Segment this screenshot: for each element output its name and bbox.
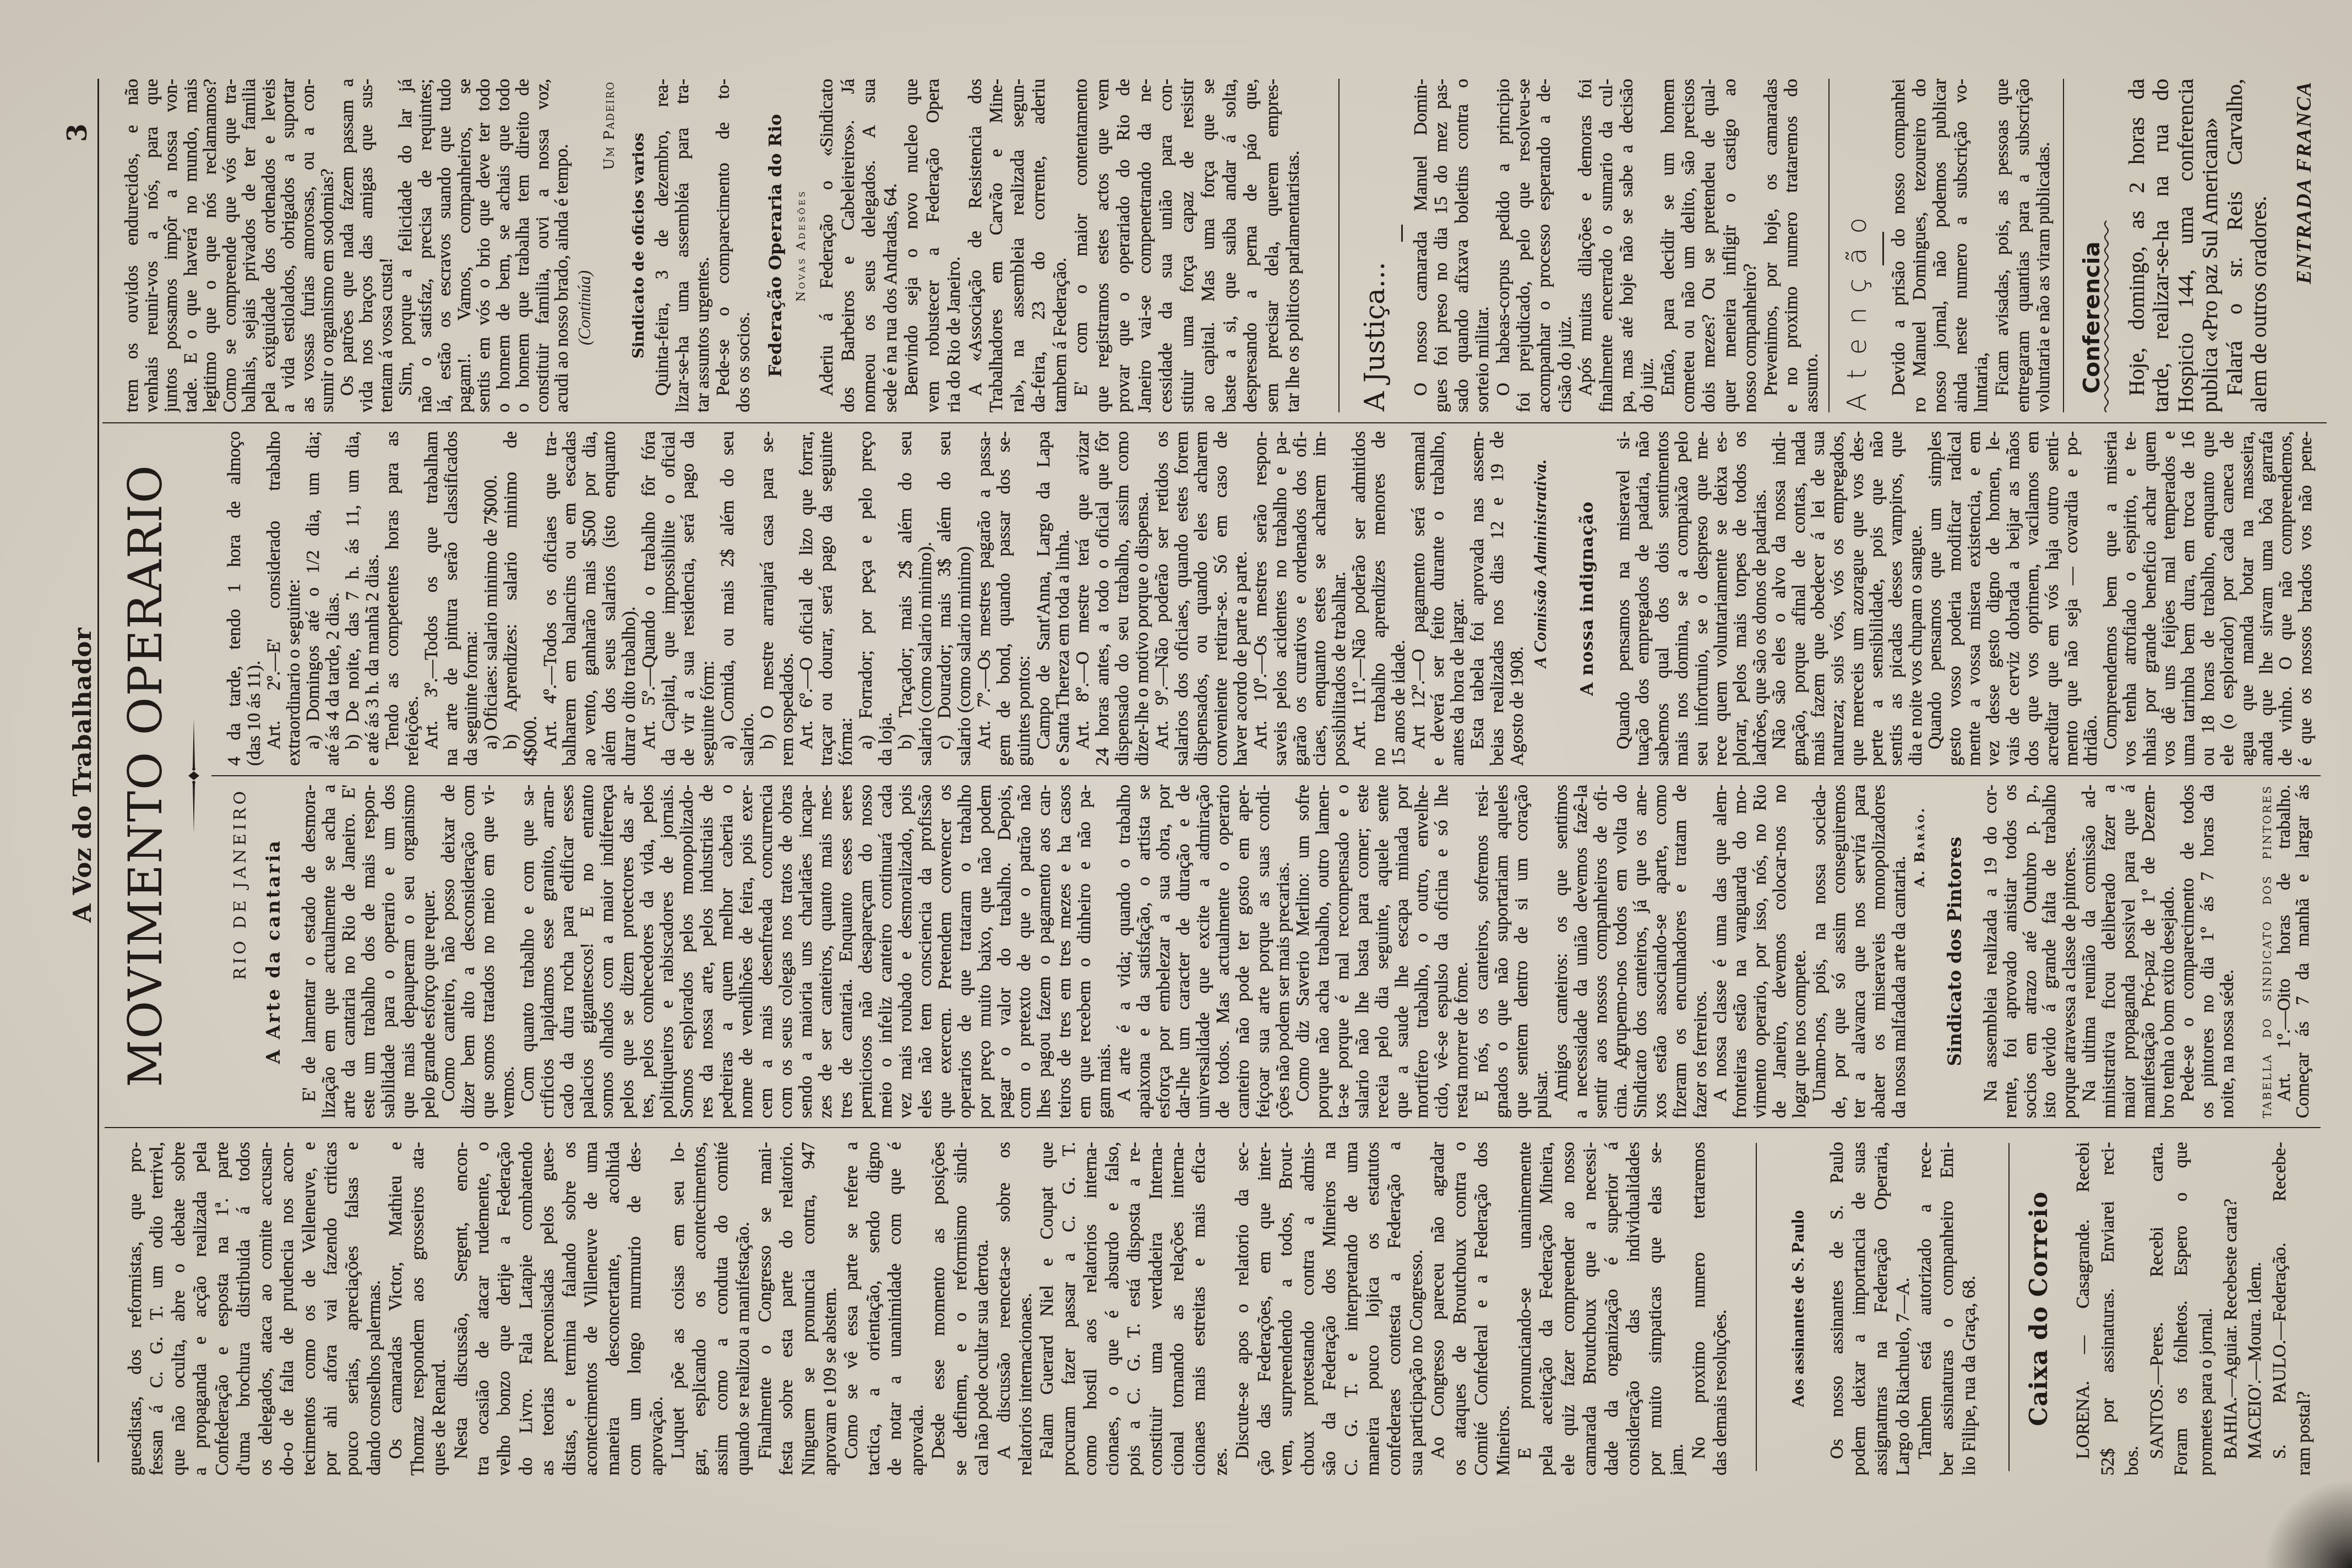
text-line: cessidade da sua união para con- <box>1156 79 1177 412</box>
header-rule <box>97 79 99 1462</box>
text-line: nosso jornal, não podemos publicar <box>1930 79 1951 412</box>
paragraph: Falam Guerard Niel e Coupat queprocuram … <box>1037 1142 1232 1476</box>
text-line: a) Comida, ou mais 2$ além do seu <box>718 431 738 766</box>
text-line: meio o infeliz canteiro continuará cada <box>876 785 896 1118</box>
text-line: cisão do juiz. <box>1555 79 1576 412</box>
text-line: A arte é a vida; quando o trabalho <box>1114 785 1134 1118</box>
paragraph: A «Associação de Resistencia dosTrabalha… <box>965 79 1071 412</box>
text-line: juntos possamos impôr a nossa von- <box>162 79 182 412</box>
paragraph: Na ultima reunião da comissão ad-ministr… <box>2080 785 2179 1118</box>
text-line: ciaes, enquanto estes se acharem im- <box>1310 431 1330 766</box>
text-line: trem os ouvidos endurecidos, e não <box>123 79 143 412</box>
text-line: pouco serias, apreciações falsas e <box>342 1142 363 1476</box>
paragraph: c) Dourador; mais 3$ além do seusalario … <box>935 431 975 766</box>
text-line: vez mais roubado e desmoralizado, pois <box>896 785 916 1118</box>
text-line: Os camaradas Victor, Mathieu e <box>385 1142 407 1476</box>
text-line: os pintores no dia 1º ás 7 horas da <box>2198 785 2218 1118</box>
text-line: consideração das individualidades <box>1623 1142 1645 1476</box>
text-line: com o pretexto de que o patrão não <box>1015 785 1035 1118</box>
federacao-heading: Federação Operaria do Rio <box>764 79 787 412</box>
paragraph: Benvindo seja o novo nucleo quevem robus… <box>901 79 965 412</box>
text-line: como hostil aos relatorios interna- <box>1080 1142 1102 1476</box>
text-line: baste a si, que saiba andar á solta, <box>1219 79 1241 412</box>
text-line: traçar ou dourar, será pago da seguinte <box>817 431 837 766</box>
text-line: 15 anos de idade. <box>1390 431 1409 766</box>
text-line: tuação dos empregados de padaria, não <box>1634 431 1653 766</box>
text-line: Art. 10º.—Os mestres serão respon- <box>1251 431 1271 766</box>
text-line: cado da dura rocha para edificar esses <box>558 785 578 1118</box>
text-line: a) Oficiaes: salario minimo de 7$000. <box>482 431 502 766</box>
text-line: e deverá ser feito durante o trabalho, <box>1429 431 1449 766</box>
text-line: na arte de pintura serão classificados <box>442 431 462 766</box>
paragraph: Ao Congresso pareceu não agradaros ataqu… <box>1428 1142 1515 1476</box>
text-line: fazer os ferreiros. <box>1691 785 1711 1118</box>
text-line: zes de ser canteiros, quanto mais mes- <box>816 785 836 1118</box>
text-line: de Janeiro, devemos colocar-nos no <box>1770 785 1790 1118</box>
paragraph: Amigos canteiros: os que sentimosa neces… <box>1551 785 1711 1118</box>
commission-signature: A Comissão Administrativa. <box>1531 431 1550 766</box>
paragraph: Como se vê essa parte se refere atactica… <box>841 1142 928 1476</box>
paragraph: S. PAULO.—Federação. Recebe-ram postal? <box>2268 1142 2317 1476</box>
text-line: Art. 1º.—Oito horas de trabalho. <box>2275 785 2294 1118</box>
text-line: rece quem voluntariamente se deixa es- <box>1712 431 1731 766</box>
text-line: cem a mais desenfreada concurrencia <box>756 785 776 1118</box>
paragraph: Art. 10º.—Os mestres serão respon-saveis… <box>1251 431 1350 766</box>
text-line: esforça por embelezar a sua obra, por <box>1154 785 1174 1118</box>
text-line: com os seus colegas nos tratos de obras <box>776 785 796 1118</box>
text-line: Prevenimos, por hoje, os camaradas <box>1761 79 1782 412</box>
text-line: somos olhados com a maior indiferença <box>597 785 617 1118</box>
text-line: finalmente encerrado o sumario da cul- <box>1597 79 1617 412</box>
paragraph: Desde esse momento as posiçõesse definem… <box>928 1142 993 1476</box>
text-line: Os nosso assinantes de S. Paulo <box>1826 1142 1848 1476</box>
text-line: agua que manda botar na masseira, <box>2238 431 2257 766</box>
text-line: abater os miseraveis monopolizadores <box>1869 785 1889 1118</box>
text-line: pela exiguidade dos ordenados e leveis <box>260 79 280 412</box>
text-line: ainda neste numero a subscrição vo- <box>1951 79 1972 412</box>
text-line: Discute-se apos o relatorio da sec- <box>1232 1142 1254 1476</box>
text-line: Como diz Saverio Merlino: um sofre <box>1293 785 1313 1118</box>
text-line: dispensados, ou quando eles acharem <box>1192 431 1212 766</box>
text-line: jam. <box>1667 1142 1688 1476</box>
text-line: além dos seus salarios (isto enquanto <box>600 431 620 766</box>
column-separator <box>211 775 2321 776</box>
text-line: vez desse gesto digno de homen, le- <box>1984 431 2003 766</box>
text-line: resta morrer de fome. <box>1452 785 1472 1118</box>
text-line: lizar-se-ha uma assembléa para tra- <box>673 79 693 412</box>
text-line: do Livro. Fala Latapie combatendo <box>516 1142 537 1476</box>
paragraph: SANTOS.—Peres. Recebi carta.Foram os fol… <box>2145 1142 2219 1476</box>
text-line: sado quando afixava boletins contra o <box>1452 79 1473 412</box>
text-line: cional tornando as relações interna- <box>1167 1142 1189 1476</box>
notice-sindicato-oficios: Quinta-feira, 3 de dezembro, rea-lizar-s… <box>652 79 754 412</box>
paragraph: E nós, os canteiros, sofremos resi-gnado… <box>1472 785 1551 1118</box>
atencao-heading: Atenção <box>1841 81 1874 411</box>
justica-heading: A Justiça... <box>1358 81 1391 411</box>
conferencia-heading: Conferencia <box>2078 79 2105 412</box>
text-line: Com quanto trabalho e com que sa- <box>518 785 538 1118</box>
text-line: procuram fazer passar a C. G. T. <box>1059 1142 1080 1476</box>
text-line: tade. E o que haverá no mundo, mais <box>182 79 202 412</box>
text-line: C. G. T. e interpretando de uma <box>1341 1142 1363 1476</box>
text-line: sabemos qual dos dois sentimentos <box>1653 431 1673 766</box>
text-line: ladrões, que são os donos de padarias. <box>1751 431 1770 766</box>
paragraph: LORENA. — Casagrande. Recebi52$ por assi… <box>2071 1142 2145 1476</box>
text-line: Foram os folhetos. Espero o que <box>2169 1142 2194 1476</box>
text-line: da nossa malfadada arte da cantaria. <box>1890 785 1909 1118</box>
text-line: ral», na assembleia realizada segun- <box>1008 79 1029 412</box>
paragraph: Nesta discussão, Sergent, encon-tra ocas… <box>451 1142 668 1476</box>
text-line: ria do Rio de Janeiro. <box>944 79 965 412</box>
text-line: gnados o que não suportariam aqueles <box>1492 785 1512 1118</box>
text-line: guintes pontos: <box>1015 431 1035 766</box>
text-line: constituir uma verdadeira Interna- <box>1146 1142 1167 1476</box>
paragraph: Art. 11º.—Não poderão ser admitidosno tr… <box>1350 431 1409 766</box>
text-line: b) O mestre arranjará casa para se- <box>758 431 778 766</box>
paragraph: Os patrões que nada fazem passam avida n… <box>338 79 397 412</box>
text-line: vais de cerviz dobrada a beijar as mãos <box>2004 431 2023 766</box>
text-line: da loja. <box>876 431 896 766</box>
text-line: sorteio militar. <box>1473 79 1493 412</box>
text-line: dizer-lhe o motivo porque o dispensa. <box>1133 431 1153 766</box>
text-line: Confederação e esposta na 1ª. parte <box>212 1142 233 1476</box>
text-line: tra ocasião de atacar rudemente, o <box>472 1142 494 1476</box>
text-line: vemos. <box>498 785 518 1118</box>
text-line: Art 12º.—O pagamento será semanal <box>1409 431 1429 766</box>
text-line: Amigos canteiros: os que sentimos <box>1551 785 1571 1118</box>
text-line: rente, foi aprovado anistiar todos os <box>2001 785 2021 1118</box>
paragraph: BAHIA.—Aguiar. Recebeste carta? <box>2219 1142 2244 1476</box>
text-line: Nesta discussão, Sergent, encon- <box>451 1142 472 1476</box>
text-line: A discussão reenceta-se sobre os <box>994 1142 1015 1476</box>
text-line: Art. 7º.—Os mestres pagarão a passa- <box>975 431 995 766</box>
text-line: Então, para decidir se um homem <box>1658 79 1679 412</box>
text-line: porque atravessa a classe de pintores. <box>2060 785 2080 1118</box>
text-line: que a saude lhe escapa minada por <box>1392 785 1412 1118</box>
text-line: porque não acha trabalho, outro lamen- <box>1313 785 1333 1118</box>
text-line: Após muitas dilações e demoras foi <box>1576 79 1596 412</box>
text-line: Ao Congresso pareceu não agradar <box>1428 1142 1449 1476</box>
text-line: No proximo numero tertaremos <box>1689 1142 1710 1476</box>
text-line: gues foi preso no dia 15 do mez pas- <box>1431 79 1452 412</box>
text-line: por ahi afora vai fazendo criticas <box>320 1142 342 1476</box>
text-line: seguinte fórm: <box>699 431 718 766</box>
text-line: isto devido á grande falta de trabalho <box>2040 785 2060 1118</box>
text-line: sumir o organismo em sodomias? <box>318 79 338 412</box>
text-line: voluntaria e não as viram publicadas. <box>2034 79 2055 412</box>
text-line: vos dê uns feijões mal temperados e <box>2160 431 2179 766</box>
text-line: a vida estiolados, obrigados a suportar <box>279 79 299 412</box>
text-line: Campo de Sant'Anna, Largo da Lapa <box>1035 431 1054 766</box>
text-line: extraordinario o seguinte: <box>285 431 304 766</box>
text-line: maneira desconcertante, acolhida <box>603 1142 624 1476</box>
paragraph: Quando pensamos na miseravel si-tuação d… <box>1614 431 1770 766</box>
text-line: assim como a conduta do comité <box>711 1142 733 1476</box>
text-line: perte a sensibilidade, pois que não <box>1868 431 1887 766</box>
text-line: Finalmente o Congresso se mani- <box>755 1142 776 1476</box>
paragraph: Esta tabela foi aprovada nas assem-beias… <box>1468 431 1528 766</box>
paragraph: Art. 6º.—O oficial de lizo que forrar,tr… <box>797 431 857 766</box>
text-line: d'uma brochura distribuida á todos <box>233 1142 255 1476</box>
text-line: Art. 4º.—Todos os oficiaes que tra- <box>541 431 561 766</box>
text-line: xos estão associando-se aparte, como <box>1651 785 1670 1118</box>
text-line: anda que lhe sirvam uma bôa garrafa <box>2257 431 2277 766</box>
text-line: até ás 4 da tarde, 2 dias. <box>324 431 344 766</box>
text-line: 4 da tarde, tendo 1 hora de almoço <box>225 431 245 766</box>
paragraph: Pede-se o comparecimento de to-dos os so… <box>714 79 754 412</box>
text-line: choux protestando contra a admis- <box>1298 1142 1319 1476</box>
text-line: bos. <box>2120 1142 2145 1476</box>
text-line: dia e noite vos chupam o sangue. <box>1907 431 1926 766</box>
paragraph: Quando pensamos que um simplesgesto voss… <box>1926 431 2101 766</box>
text-line: dois mezes? Ou se pretendeu de qual- <box>1699 79 1719 412</box>
paragraph: trem os ouvidos endurecidos, e nãovenhai… <box>123 79 338 412</box>
text-line: e Santa Thereza em toda a linha. <box>1054 431 1074 766</box>
text-line: não o satisfaz, precisa de requintes; <box>416 79 436 412</box>
text-line: o homem de bem, se achais que todo <box>494 79 514 412</box>
text-line: Como canteiro, não posso deixar de <box>439 785 459 1118</box>
text-line: venhais reunir-vos a nós, para que <box>143 79 162 412</box>
paragraph: Na assembleia realizada a 19 do cor-rent… <box>1981 785 2080 1118</box>
text-line: confederaes contesta a Federação a <box>1384 1142 1406 1476</box>
text-line: noite, na nossa séde. <box>2218 785 2238 1118</box>
text-line: tentam á vossa custa! <box>377 79 397 412</box>
text-line: cionaes mais estreitas e mais efica- <box>1189 1142 1210 1476</box>
column-separator <box>105 1127 2321 1128</box>
text-line: a necessidade da união devemos fazê-la <box>1571 785 1591 1118</box>
running-header-title: A Voz do Trabalhador <box>71 555 95 995</box>
text-line: é que os nossos brados vos não pene- <box>2296 431 2316 766</box>
text-line: Comité Confederal e a Federação dos <box>1471 1142 1493 1476</box>
text-line: com um longo murmurio de des- <box>624 1142 646 1476</box>
text-line: ou 18 horas de trabalho, enquanto que <box>2199 431 2218 766</box>
text-line: os ataques de Broutchoux contra o <box>1450 1142 1471 1476</box>
text-line: A «Associação de Resistencia dos <box>965 79 987 412</box>
text-line: publica «Pro paz Sul Americana» <box>2198 79 2222 412</box>
text-line: Art. 11º.—Não poderão ser admitidos <box>1350 431 1370 766</box>
text-line: distas, e termina falando sobre os <box>559 1142 581 1476</box>
paragraph: Os camaradas Victor, Mathieu eThomaz res… <box>385 1142 450 1476</box>
text-line: Não são eles o alvo da nossa indi- <box>1770 431 1789 766</box>
text-line: assignatnras na Federação Operaria, <box>1870 1142 1892 1476</box>
text-line: ministrativa ficou deliberado fazer a <box>2100 785 2120 1118</box>
text-line: balhais, sejais privados de ter familia <box>240 79 260 412</box>
text-line: ques de Renard. <box>429 1142 450 1476</box>
paragraph: O habeas-corpus pedido a principiofoi pr… <box>1494 79 1576 412</box>
article-congress-continued: guesdistas, dos reformistas, que pro-fes… <box>125 1142 1732 1476</box>
text-line: Trabalhadores em Carvão e Mine- <box>986 79 1008 412</box>
text-line: Pede-se o comparecimento de to- <box>714 79 734 412</box>
text-line: que registramos estes actos que vem <box>1092 79 1114 412</box>
text-line: despresando a perna de páo que, <box>1240 79 1262 412</box>
text-line: e até ás 3 h. da manhã 2 dias. <box>363 431 383 766</box>
author-signature: A. Barão. <box>1911 785 1929 1118</box>
paragraph: a) Forrador; por peça e pelo preçoda loj… <box>857 431 896 766</box>
text-line: seu infortunio, se o despreso que me- <box>1692 431 1712 766</box>
section-rule <box>1828 79 1830 412</box>
text-line: ta-se porque é mal recompensado e o <box>1333 785 1353 1118</box>
text-line: a) Forrador; por peça e pelo preço <box>857 431 876 766</box>
text-line: teiros de tres em tres mezes e ha casos <box>1055 785 1075 1118</box>
text-line: uma tarimba bem dura, em troca de 16 <box>2179 431 2198 766</box>
text-line: lização em que actualmente se acha a <box>319 785 339 1118</box>
text-line: por preço muito baixo, que não podem <box>975 785 995 1118</box>
text-line: Tambem está autorizado a rece- <box>1914 1142 1936 1476</box>
paragraph: Então, para decidir se um homemcometeu o… <box>1658 79 1761 412</box>
page-number: 3 <box>64 116 91 149</box>
text-line: mento que não seja — covardia e po- <box>2062 431 2082 766</box>
text-line: vem robustecer a Federação Opera <box>923 79 944 412</box>
text-line: Mineiros. <box>1493 1142 1515 1476</box>
text-line: Sindicato dos canteiros, já que os ane- <box>1631 785 1651 1118</box>
text-line: garão os curativos e ordenados dos ofi- <box>1291 431 1311 766</box>
text-line: feiçoar sua arte porque as suas condi- <box>1254 785 1273 1118</box>
text-line: zes. <box>1211 1142 1232 1476</box>
text-line: lio Filipe, rua da Graça, 68. <box>1958 1142 1980 1476</box>
text-line: stituir uma força capaz de resistir <box>1177 79 1199 412</box>
text-line: sendo a maioria uns charlatães incapa- <box>796 785 816 1118</box>
text-line: salario (como salario minimo). <box>916 431 936 766</box>
text-line: pois a C. G. T. está disposta a re- <box>1124 1142 1145 1476</box>
text-line: de, por que só assim conseguiremos <box>1830 785 1849 1118</box>
text-line: gam mais. <box>1095 785 1114 1118</box>
tabela-heading: TABELLA DO SINDICATO DOS PINTORES <box>2259 785 2275 1118</box>
paragraph: MACEIO'.—Moura. Idem. <box>2243 1142 2268 1476</box>
text-line: mente a vossa misera existencia, e em <box>1965 431 1984 766</box>
text-line: b) De noite, das 7 h. ás 11, um dia, <box>344 431 363 766</box>
heading-dash <box>1882 232 1884 265</box>
text-line: ber assinaturas o companheiro Emi- <box>1936 1142 1958 1476</box>
text-line: lá, estão os escravos suando que tudo <box>435 79 455 412</box>
text-line: a propaganda e acção realizada pela <box>190 1142 211 1476</box>
text-line: res da nossa arte, pelos industriais de <box>697 785 717 1118</box>
text-line: Compreendemos bem que a miseria <box>2101 431 2121 766</box>
text-line: quer meneira infligir o castigo ao <box>1720 79 1740 412</box>
text-line: Art. 3º.—Todos os que trabalham <box>422 431 442 766</box>
text-line: E nós, os canteiros, sofremos resi- <box>1472 785 1492 1118</box>
newspaper-page: 3 A Voz do Trabalhador MOVIMENTO OPERARI… <box>0 0 2352 1568</box>
text-line: Art. 9º.—Não poderão ser retidos os <box>1153 431 1173 766</box>
text-line: Luquet põe as coisas em seu lo- <box>668 1142 689 1476</box>
text-line: Sim, porque a felicidade do lar já <box>396 79 416 412</box>
text-line: salarios dos oficiaes, quando estes fore… <box>1173 431 1193 766</box>
paragraph: guesdistas, dos reformistas, que pro-fes… <box>125 1142 385 1476</box>
text-line: eles não tem consciencia da profissão <box>916 785 935 1118</box>
text-line: e no proximo numero trataremos do <box>1782 79 1802 412</box>
paragraph: Não são eles o alvo da nossa indi-gnação… <box>1770 431 1926 766</box>
heading-dash <box>1401 225 1403 242</box>
paragraph: Art. 2º.—E' considerado trabalhoextraord… <box>265 431 304 766</box>
text-line: O habeas-corpus pedido a principio <box>1494 79 1514 412</box>
section-rule <box>2063 79 2064 412</box>
text-line: pelos que se dizem protectores das ar- <box>618 785 638 1118</box>
text-line: fizeram os encunhadores e tratam de <box>1670 785 1690 1118</box>
text-line: Pede-se o comparecimento de todos <box>2179 785 2198 1118</box>
text-line: Esta tabela foi aprovada nas assem- <box>1468 431 1488 766</box>
text-line: no trabalho aprendizes menores de <box>1370 431 1390 766</box>
paragraph: E' com o maior contentamentoque registra… <box>1071 79 1304 412</box>
text-line: universalidade que excite a admiração <box>1194 785 1213 1118</box>
text-line: tambem á Federação. <box>1050 79 1071 412</box>
tabela-articles: Art. 1º.—Oito horas de trabalho.Começar … <box>2275 785 2312 1118</box>
text-line: dridão. <box>2082 431 2101 766</box>
caixa-do-correio-entries: LORENA. — Casagrande. Recebi52$ por assi… <box>2071 1142 2317 1476</box>
text-line: Na assembleia realizada a 19 do cor- <box>1981 785 2001 1118</box>
paragraph: Compreendemos bem que a miseriavos tenha… <box>2101 431 2316 766</box>
text-line: Art. 8º.—O mestre terá que avizar <box>1074 431 1093 766</box>
text-line: gesto vosso poderia modificar radical <box>1946 431 1965 766</box>
text-line: ro Manuel Domingues, tezoureiro do <box>1910 79 1931 412</box>
text-line: cal não pode ocultar sua derrota. <box>972 1142 993 1476</box>
text-line: crificios lapidamos esse granito, arran- <box>538 785 558 1118</box>
text-line: Tendo as competentes horas para as <box>383 431 403 766</box>
text-line: acompanhar o processo esperando a de- <box>1534 79 1555 412</box>
paragraph: Como canteiro, não posso deixar dedizer … <box>439 785 518 1118</box>
text-line: perniciosos não desapareçam do nosso <box>856 785 876 1118</box>
paragraph: Art. 1º.—Oito horas de trabalho.Começar … <box>2275 785 2312 1118</box>
text-line: legitimo que o que nós reclamamos? <box>201 79 221 412</box>
text-line: bro tenha o bom exito desejado. <box>2159 785 2179 1118</box>
text-line: Como se compreende que vós que tra- <box>221 79 241 412</box>
text-line: o homem que trabalha tem direito de <box>514 79 533 412</box>
paragraph: Devido a prisão do nosso companheiro Man… <box>1889 79 1992 412</box>
text-line: do-o de falta de prudencia nos acon- <box>277 1142 298 1476</box>
text-line: Janeiro vai-se compenetrando da ne- <box>1135 79 1156 412</box>
text-line: plorar, pelos mais torpes de todos os <box>1731 431 1750 766</box>
text-line: Quando pensamos que um simples <box>1926 431 1945 766</box>
text-line: antes da hora de largar. <box>1449 431 1468 766</box>
text-line: de vir a sua residencia, será pago da <box>679 431 699 766</box>
text-line: maior propaganda possivel para que á <box>2120 785 2139 1118</box>
section-rule <box>1756 1143 1757 1471</box>
wavy-underline-icon <box>2103 220 2110 412</box>
text-line: ele quiz fazer compreender ao nosso <box>1558 1142 1580 1476</box>
paragraph: Quinta-feira, 3 de dezembro, rea-lizar-s… <box>652 79 714 412</box>
text-line: alem de outros oradores. <box>2247 79 2271 412</box>
text-line: b) Aprendizes: salario minimo de <box>502 431 521 766</box>
text-line: velho bonzo que derije a Federação <box>494 1142 515 1476</box>
text-line: podem deixar a importancia de suas <box>1848 1142 1870 1476</box>
text-line: manifestação Pró-paz de 1º de Dezem- <box>2139 785 2159 1118</box>
text-line: Largo do Riachuelo, 7—A. <box>1892 1142 1914 1476</box>
section-rule <box>2008 1143 2010 1471</box>
text-line: que mereceis um azorague que vos des- <box>1848 431 1868 766</box>
paragraph: Finalmente o Congresso se mani-festa sob… <box>755 1142 842 1476</box>
assinantes-heading: Aos assinantes de S. Paulo <box>1787 1142 1809 1476</box>
text-line: Quinta-feira, 3 de dezembro, rea- <box>652 79 673 412</box>
text-line: dade da organização é superior á <box>1602 1142 1623 1476</box>
text-line: sua participação no Congresso. <box>1406 1142 1428 1476</box>
text-line: nhais por grande beneficio achar quem <box>2141 431 2160 766</box>
text-line: S. PAULO.—Federação. Recebe- <box>2268 1142 2293 1476</box>
text-line: tarde, realizar-se-ha na rua do <box>2149 79 2173 412</box>
paragraph: Art. 3º.—Todos os que trabalhamna arte d… <box>422 431 482 766</box>
paragraph: b) O mestre arranjará casa para se-rem o… <box>758 431 798 766</box>
text-line: Na ultima reunião da comissão ad- <box>2080 785 2100 1118</box>
text-line: sentis em vós o brio que deve ter todo <box>475 79 494 412</box>
text-line: Os patrões que nada fazem passam a <box>338 79 358 412</box>
text-line: haver acordo de parte a parte. <box>1232 431 1251 766</box>
text-line: aprovação. <box>646 1142 668 1476</box>
text-line: dizer bem alto a desconsideração com <box>459 785 478 1118</box>
text-line: ao capital. Mas uma força que se <box>1198 79 1219 412</box>
text-line: relatorios internacionaes. <box>1015 1142 1037 1476</box>
text-line: salario. <box>738 431 758 766</box>
text-line: mais fazem que obedecer á lei de sua <box>1809 431 1828 766</box>
text-line: Falam Guerard Niel e Coupat que <box>1037 1142 1058 1476</box>
text-line: vida nos braços das amigas que sus- <box>357 79 377 412</box>
paragraph: A arte é a vida; quando o trabalhoapaixo… <box>1114 785 1293 1118</box>
